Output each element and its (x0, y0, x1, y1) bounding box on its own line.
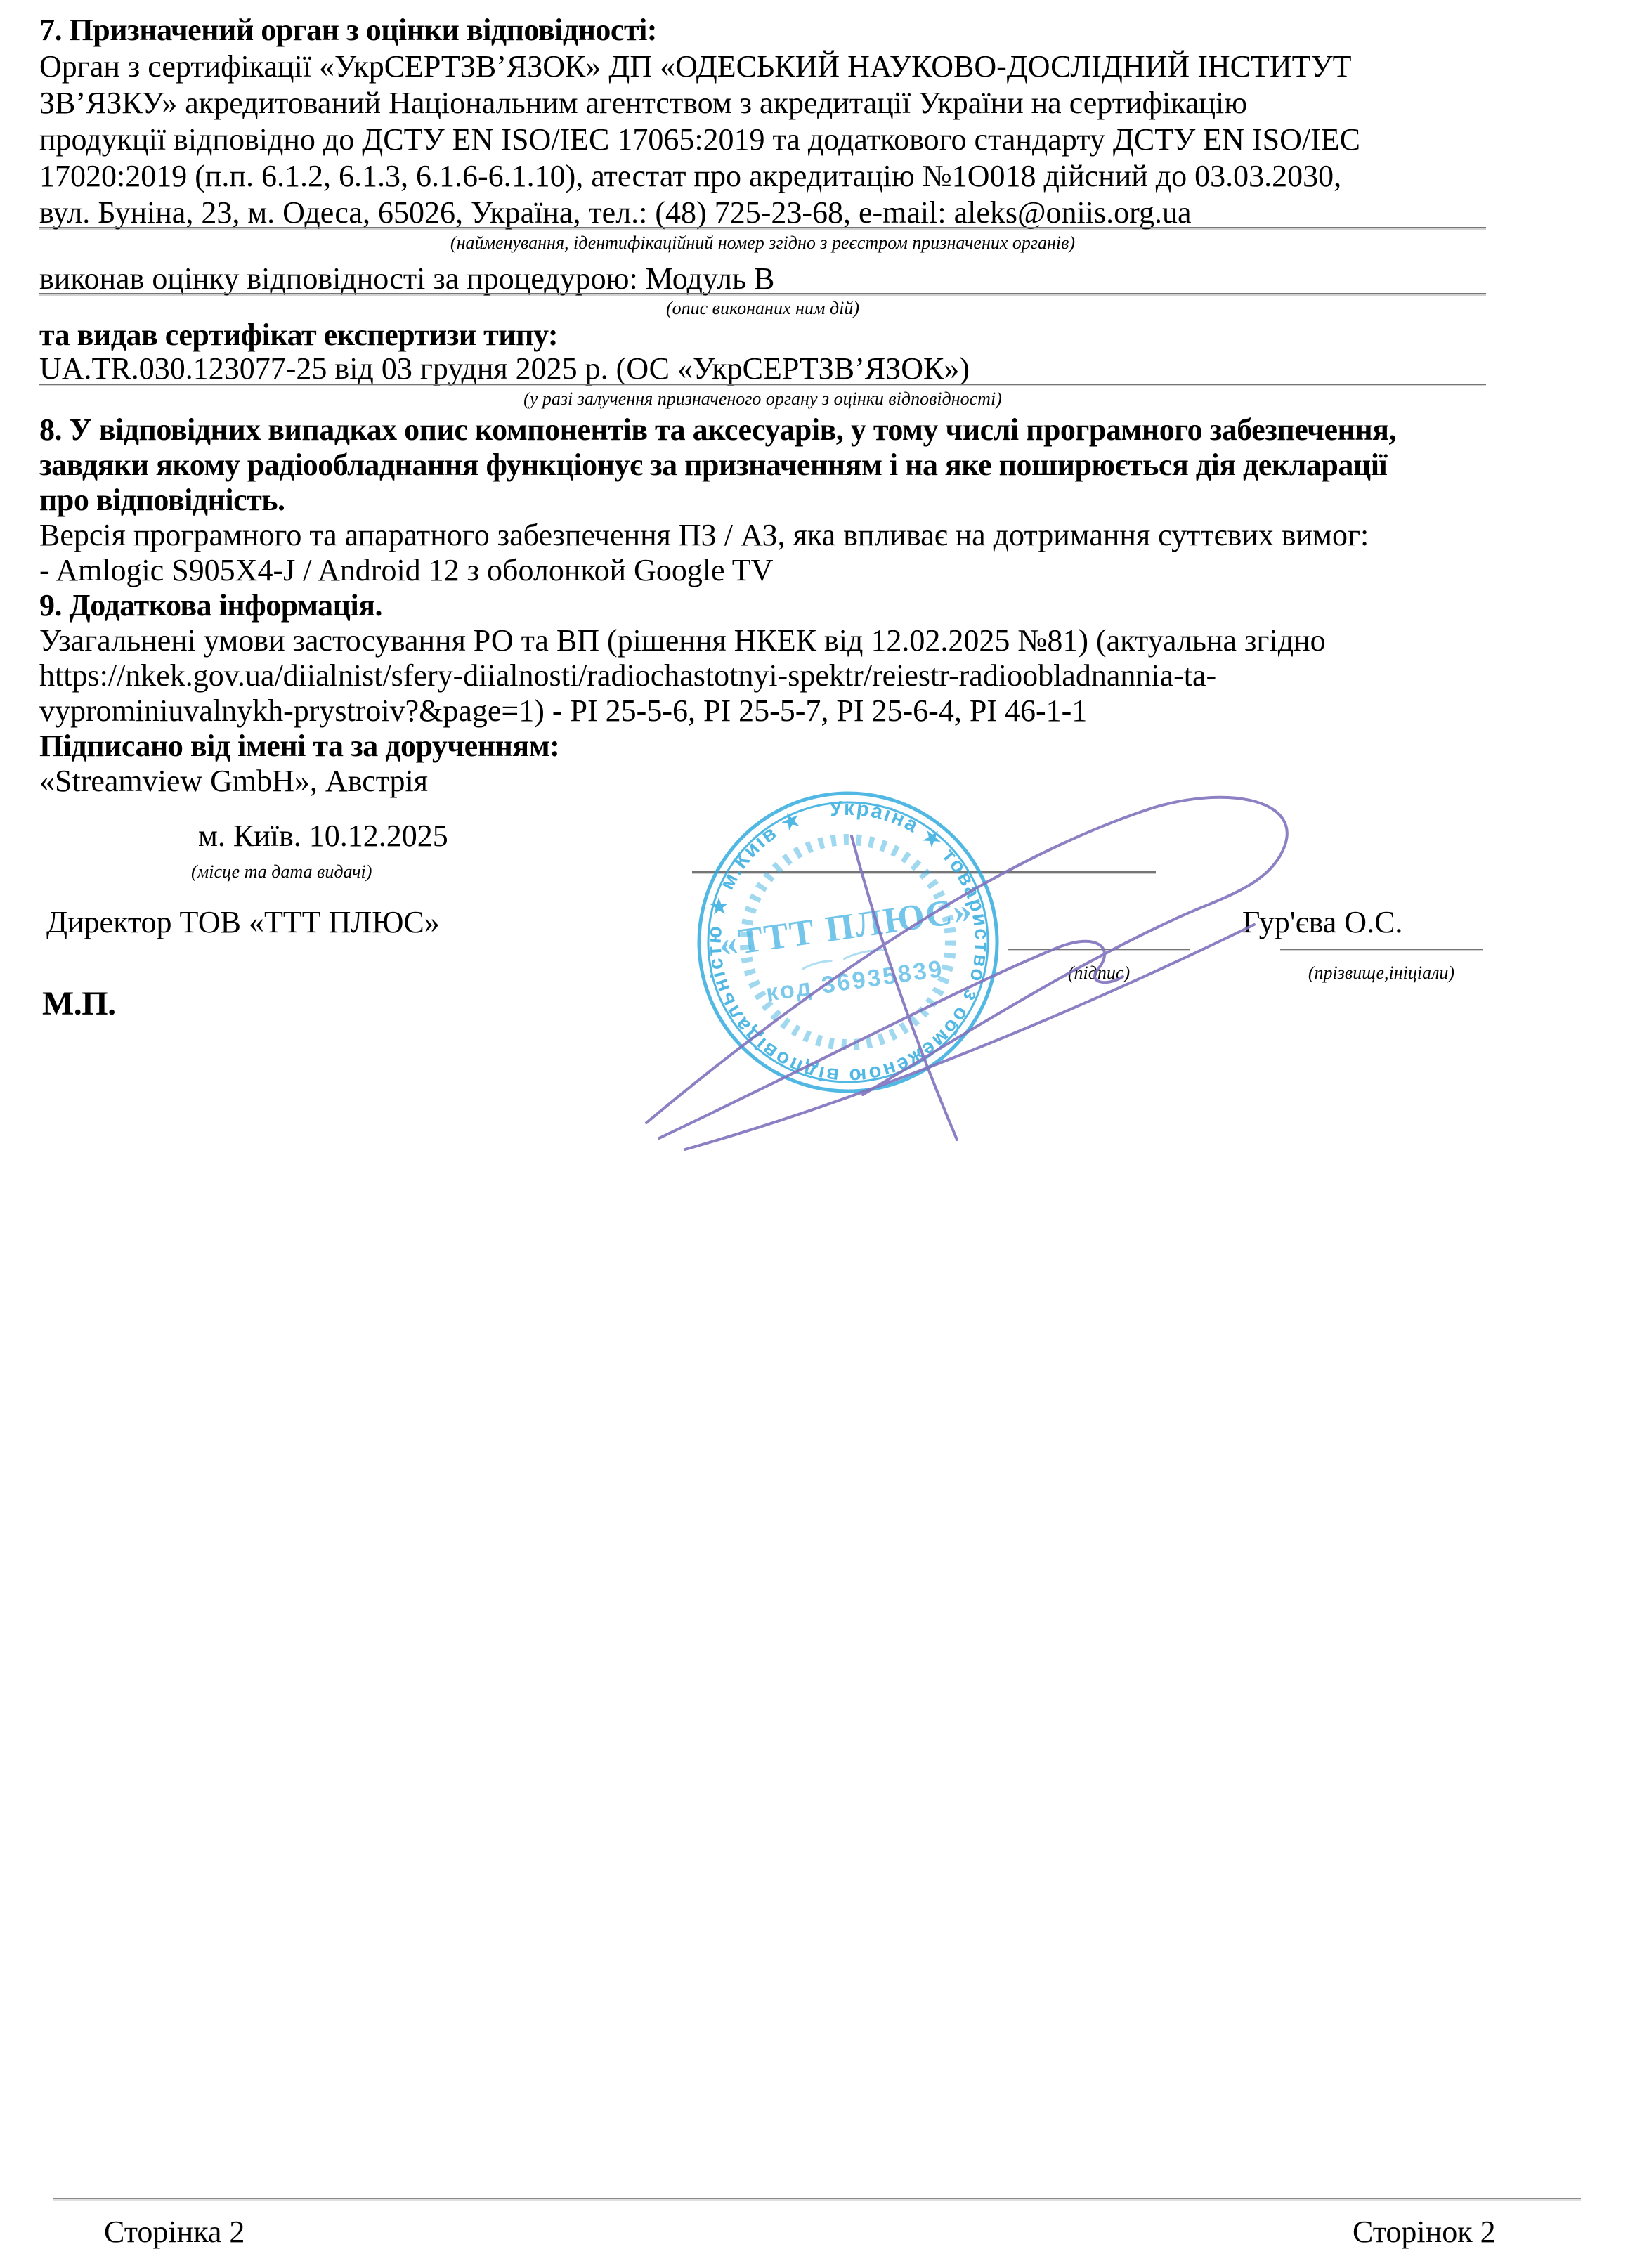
signature-rule (1008, 949, 1190, 950)
section9-body-line-2: https://nkek.gov.ua/diialnist/sfery-diia… (39, 658, 1216, 693)
certificate-heading: та видав сертифікат експертизи типу: (39, 318, 558, 353)
signature-caption: (підпис) (1008, 963, 1190, 984)
section9-body-line-3: vyprominiuvalnykh-prystroiv?&page=1) - Р… (39, 693, 1087, 729)
section7-line-5: вул. Буніна, 23, м. Одеса, 65026, Україн… (39, 195, 1192, 230)
stamp-center-code: код 36935839 (764, 956, 946, 1007)
certificate-caption: (у разі залучення призначеного органу з … (39, 389, 1486, 410)
stamp-graphic: Україна ★ товариство з обмеженою відпові… (693, 786, 1003, 1099)
stamp-abbreviation: М.П. (42, 986, 116, 1022)
section9-heading: 9. Додаткова інформація. (39, 588, 382, 623)
signed-heading: Підписано від імені та за дорученням: (39, 729, 559, 764)
procedure-caption: (опис виконаних ним дій) (39, 298, 1486, 319)
section8-heading-line-3: про відповідність. (39, 483, 285, 518)
company-stamp: Україна ★ товариство з обмеженою відпові… (693, 786, 1003, 1099)
director-name: Гур'єва О.С. (1242, 905, 1402, 940)
section7-heading: 7. Призначений орган з оцінки відповідно… (39, 13, 657, 48)
section7-line-3: продукції відповідно до ДСТУ EN ISO/IEC … (39, 122, 1360, 157)
section7-line-2: ЗВ’ЯЗКУ» акредитований Національним аген… (39, 86, 1247, 121)
certificate-line: UA.TR.030.123077-25 від 03 грудня 2025 р… (39, 351, 970, 386)
section8-body-line-2: - Amlogic S905X4-J / Android 12 з оболон… (39, 553, 773, 588)
section8-heading-line-1: 8. У відповідних випадках опис компонент… (39, 412, 1396, 448)
notified-body-caption: (найменування, ідентифікаційний номер зг… (39, 233, 1486, 254)
signed-company: «Streamview GmbH», Австрія (39, 764, 428, 799)
section7-line-1: Орган з сертифікації «УкрСЕРТЗВ’ЯЗОК» ДП… (39, 49, 1352, 84)
procedure-rule (39, 293, 1486, 294)
director-title: Директор ТОВ «ТТТ ПЛЮС» (46, 905, 440, 940)
footer-pages-label: Сторінок 2 (1353, 2215, 1496, 2250)
place-date-caption: (місце та дата видачі) (191, 861, 367, 882)
document-page: 7. Призначений орган з оцінки відповідно… (0, 0, 1635, 2268)
footer-page-label: Сторінка 2 (104, 2215, 245, 2250)
section8-heading-line-2: завдяки якому радіообладнання функціонує… (39, 448, 1387, 483)
name-rule (1280, 949, 1483, 950)
certificate-rule (39, 384, 1486, 385)
procedure-line: виконав оцінку відповідності за процедур… (39, 261, 774, 296)
section9-body-line-1: Узагальнені умови застосування РО та ВП … (39, 623, 1326, 658)
footer-rule (53, 2198, 1581, 2199)
name-caption: (прізвище,ініціали) (1280, 963, 1483, 984)
notified-body-rule (39, 227, 1486, 228)
section8-body-line-1: Версія програмного та апаратного забезпе… (39, 518, 1369, 553)
section7-line-4: 17020:2019 (п.п. 6.1.2, 6.1.3, 6.1.6-6.1… (39, 159, 1341, 194)
place-date: м. Київ. 10.12.2025 (198, 819, 448, 854)
